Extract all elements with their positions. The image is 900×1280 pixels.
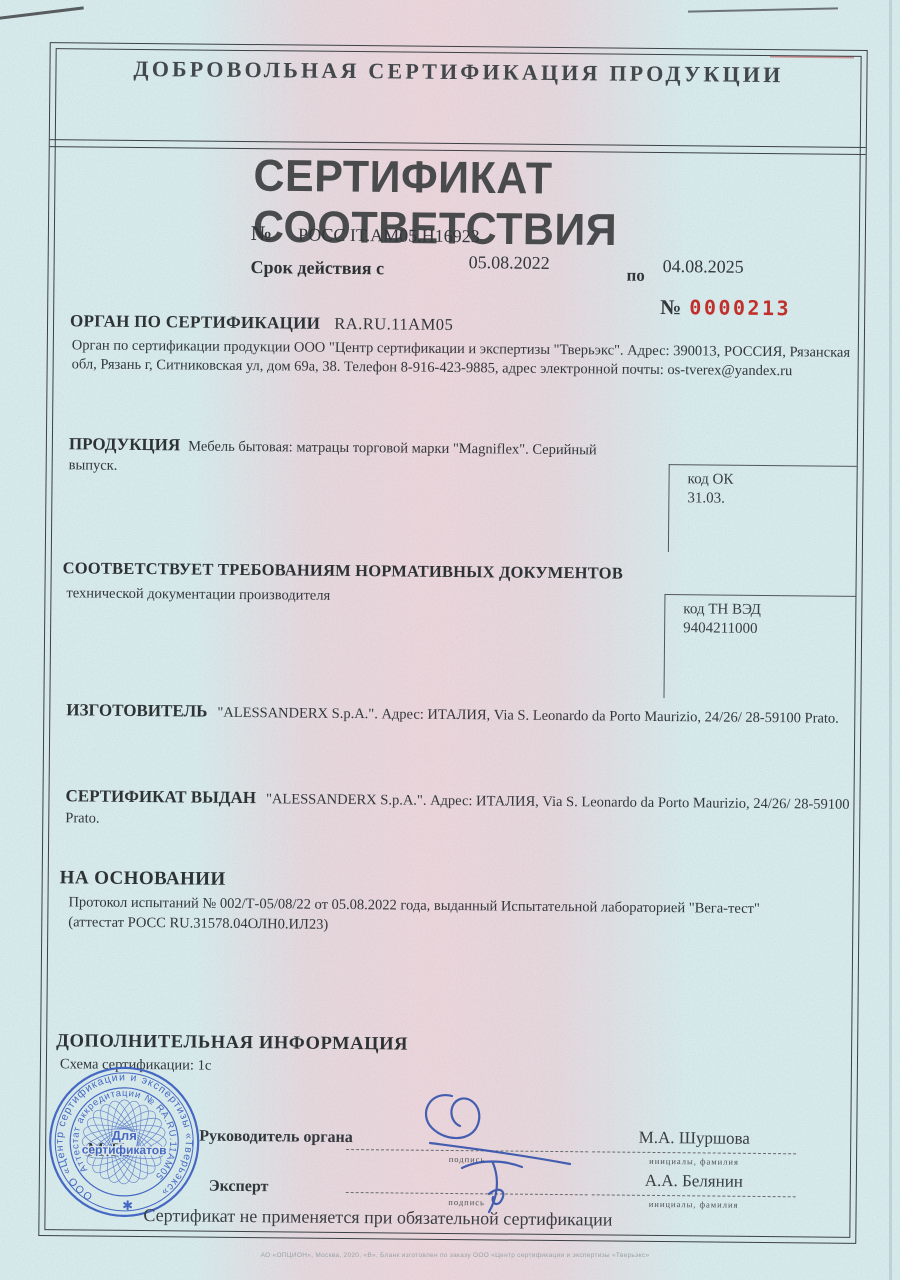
serial-number-sign: № <box>660 295 681 319</box>
certificate-kind-header: ДОБРОВОЛЬНАЯ СЕРТИФИКАЦИЯ ПРОДУКЦИИ <box>50 55 866 89</box>
validity-to-label: по <box>626 266 644 286</box>
production-label: ПРОДУКЦИЯ <box>69 434 181 454</box>
validity-label: Срок действия с <box>250 257 384 279</box>
issued-to-label: СЕРТИФИКАТ ВЫДАН <box>65 786 256 807</box>
certification-body-row: ОРГАН ПО СЕРТИФИКАЦИИRA.RU.11AM05 <box>70 311 453 335</box>
ok-code-box: код ОК 31.03. <box>668 464 857 554</box>
compliance-text: технической документации производителя <box>66 585 330 605</box>
issued-to-section: СЕРТИФИКАТ ВЫДАН"ALESSANDERX S.p.A.". Ад… <box>65 784 857 836</box>
scanned-certificate-page: { "document": { "kind_header": "ДОБРОВОЛ… <box>0 0 900 1280</box>
expert-name-line <box>592 1194 796 1197</box>
expert-label: Эксперт <box>209 1178 269 1197</box>
head-name-line <box>592 1151 796 1154</box>
serial-number-digits: 0000213 <box>689 295 791 320</box>
signature-caption: подпись <box>346 1153 588 1165</box>
manufacturer-section: ИЗГОТОВИТЕЛЬ"ALESSANDERX S.p.A.". Адрес:… <box>66 698 858 729</box>
expert-name: А.А. Белянин <box>592 1170 796 1192</box>
ok-code-label: код ОК <box>687 470 852 490</box>
compliance-label: СООТВЕТСТВУЕТ ТРЕБОВАНИЯМ НОРМАТИВНЫХ ДО… <box>63 558 623 583</box>
certification-body-label: ОРГАН ПО СЕРТИФИКАЦИИ <box>70 311 320 332</box>
tnved-code-label: код ТН ВЭД <box>683 600 851 620</box>
tnved-code-box: код ТН ВЭД 9404211000 <box>663 594 855 700</box>
certificate-number-row: №РОСС IT.AM05.H16923 <box>251 221 480 248</box>
tnved-code-value: 9404211000 <box>683 619 851 639</box>
certificate-footnote: Сертификат не применяется при обязательн… <box>143 1205 612 1231</box>
additional-info-label: ДОПОЛНИТЕЛЬНАЯ ИНФОРМАЦИЯ <box>56 1031 408 1055</box>
certificate-number: РОСС IT.AM05.H16923 <box>298 224 480 246</box>
name-caption: инициалы, фамилия <box>592 1155 796 1167</box>
basis-text: Протокол испытаний № 002/Т-05/08/22 от 0… <box>68 893 846 940</box>
stamp-star-icon: ✱ <box>122 1198 133 1213</box>
head-of-body-label: Руководитель органа <box>199 1128 353 1147</box>
number-sign: № <box>251 221 272 245</box>
paper-edge-shadow <box>889 0 892 1280</box>
basis-label: НА ОСНОВАНИИ <box>60 867 226 891</box>
validity-from-date: 05.08.2022 <box>469 252 550 274</box>
stamp-center-text-2: сертификатов <box>82 1142 167 1157</box>
blank-serial-number: №0000213 <box>660 295 791 321</box>
print-shop-footer: АО «ОПЦИОН», Москва, 2020, «В». Бланк из… <box>155 1252 755 1259</box>
round-stamp-icon: ООО «Центр сертификации и экспертизы «Тв… <box>39 1057 209 1227</box>
ok-code-value: 31.03. <box>687 489 852 509</box>
stamp-center-text-1: Для <box>112 1128 137 1143</box>
manufacturer-text: "ALESSANDERX S.p.A.". Адрес: ИТАЛИЯ, Via… <box>217 705 839 727</box>
certification-body-text: Орган по сертификации продукции ООО "Цен… <box>72 336 864 382</box>
name-caption: инициалы, фамилия <box>592 1198 796 1210</box>
certificate-frame: ДОБРОВОЛЬНАЯ СЕРТИФИКАЦИЯ ПРОДУКЦИИ СЕРТ… <box>38 42 867 1244</box>
validity-to-date: 04.08.2025 <box>663 256 744 278</box>
production-section: ПРОДУКЦИЯМебель бытовая: матрацы торгово… <box>69 433 629 481</box>
head-name: М.А. Шуршова <box>592 1127 796 1149</box>
expert-signature-line <box>346 1192 588 1195</box>
manufacturer-label: ИЗГОТОВИТЕЛЬ <box>66 700 207 720</box>
head-signature-line <box>346 1149 588 1152</box>
certification-body-code: RA.RU.11AM05 <box>334 314 453 334</box>
